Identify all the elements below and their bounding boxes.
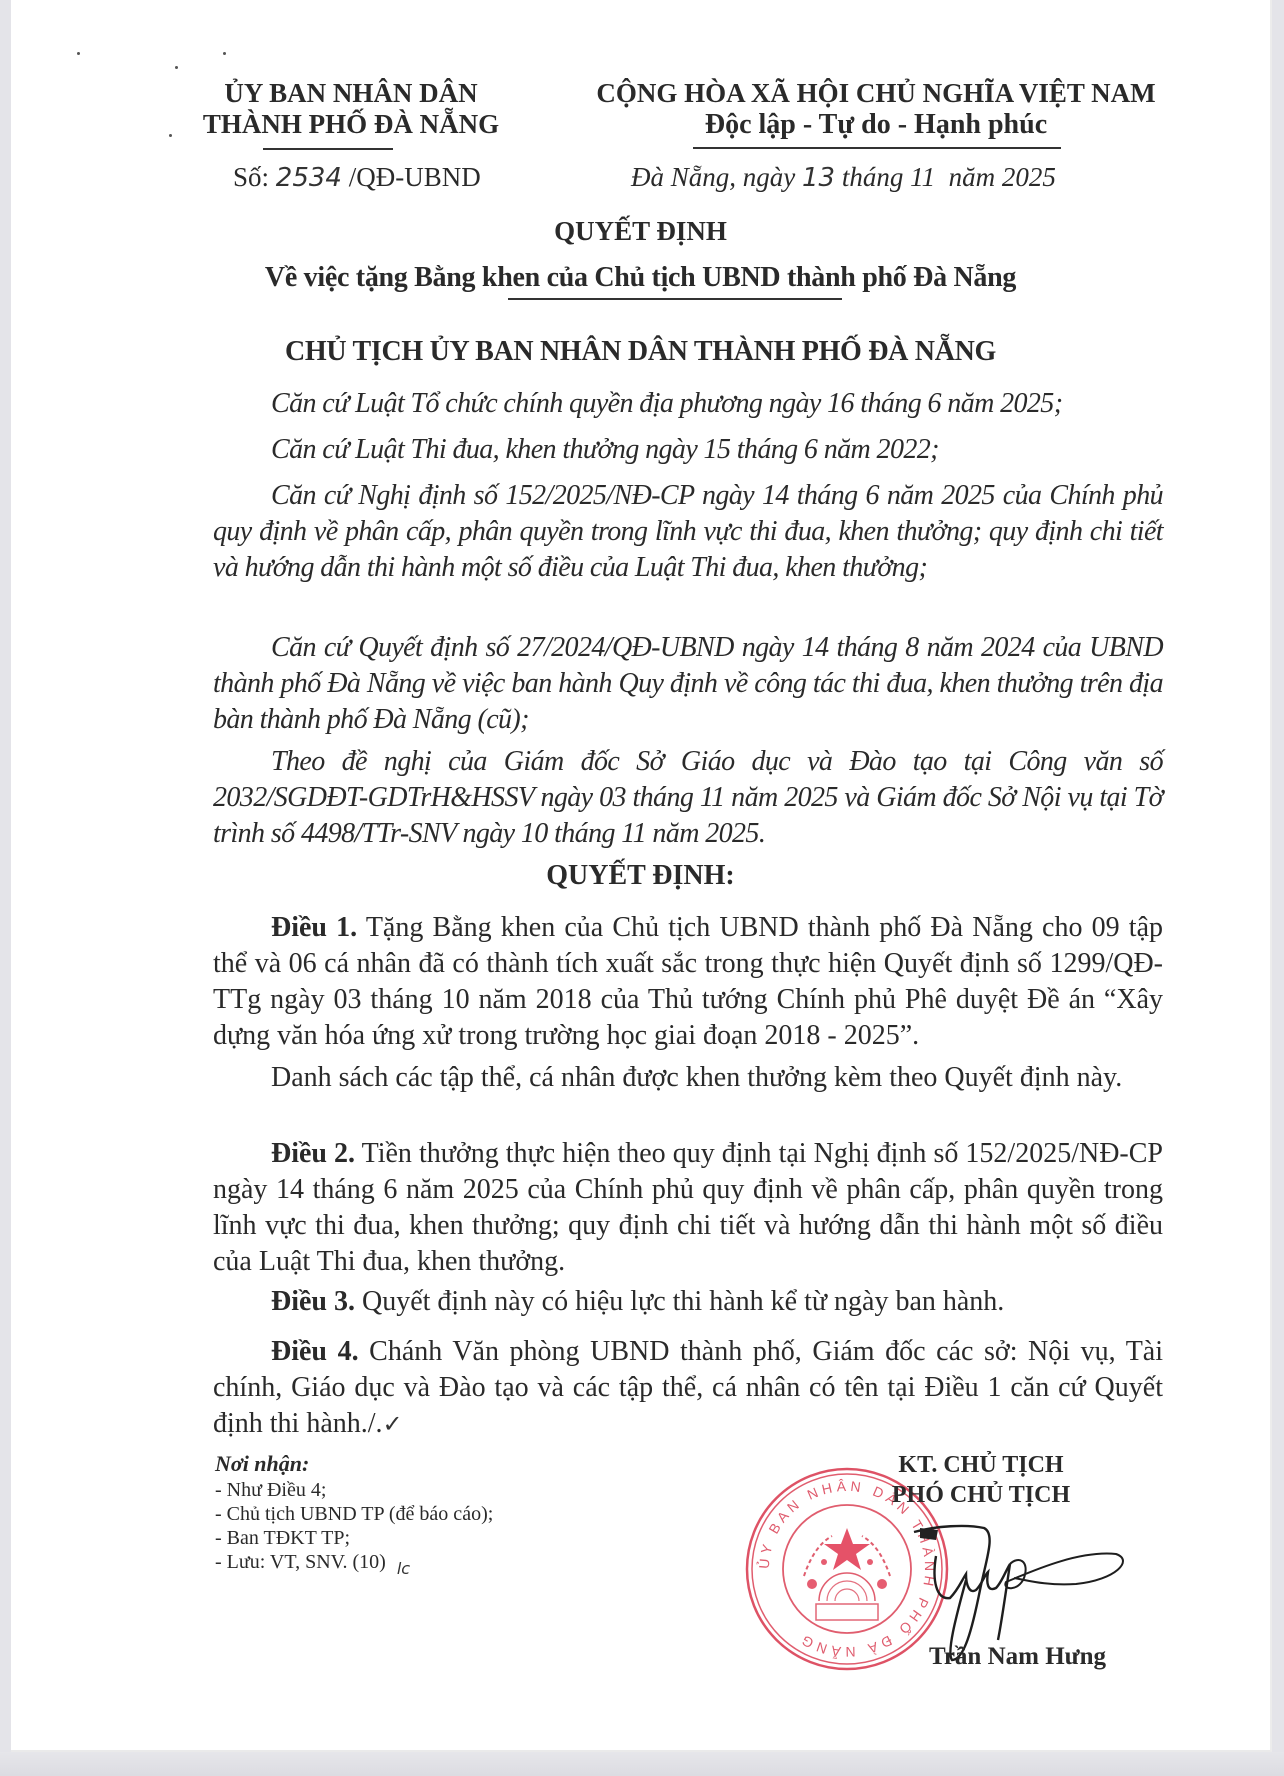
legal-basis: Căn cứ Nghị định số 152/2025/NĐ-CP ngày …	[213, 478, 1163, 586]
article-2: Điều 2. Tiền thưởng thực hiện theo quy đ…	[213, 1136, 1163, 1280]
article-label: Điều 1.	[271, 912, 357, 943]
legal-basis: Căn cứ Luật Tổ chức chính quyền địa phươ…	[213, 386, 1163, 422]
viewer-background	[0, 1752, 1284, 1776]
recipient-archive: - Lưu: VT, SNV. (10)	[215, 1551, 386, 1573]
signatory-line-2: PHÓ CHỦ TỊCH	[831, 1480, 1131, 1510]
recipient-item: - Như Điều 4;	[215, 1478, 615, 1502]
article-4: Điều 4. Chánh Văn phòng UBND thành phố, …	[213, 1334, 1163, 1442]
authority-heading: CHỦ TỊCH ỦY BAN NHÂN DÂN THÀNH PHỐ ĐÀ NẴ…	[11, 334, 1270, 370]
motto-underline	[693, 147, 1061, 149]
national-motto: Độc lập - Tự do - Hạnh phúc	[566, 109, 1186, 140]
scan-speck	[77, 52, 80, 55]
recipient-item: - Chủ tịch UBND TP (để báo cáo);	[215, 1502, 615, 1526]
article-label: Điều 2.	[271, 1138, 355, 1169]
authority-line-1: ỦY BAN NHÂN DÂN	[201, 78, 501, 109]
date-prefix: Đà Nẵng, ngày	[631, 162, 795, 192]
authority-underline	[263, 148, 393, 150]
article-label: Điều 3.	[271, 1286, 355, 1317]
date-suffix: tháng 11 năm 2025	[842, 162, 1056, 192]
legal-basis: Theo đề nghị của Giám đốc Sở Giáo dục và…	[213, 744, 1163, 852]
signatory-title: KT. CHỦ TỊCH PHÓ CHỦ TỊCH	[831, 1450, 1131, 1510]
recipient-item: - Lưu: VT, SNV. (10) lc	[215, 1550, 615, 1575]
document-number: Số: 2534 /QĐ-UBND	[233, 160, 481, 195]
scan-speck	[175, 66, 178, 69]
article-1-list-note: Danh sách các tập thể, cá nhân được khen…	[213, 1060, 1163, 1096]
document-page: ỦY BAN NHÂN DÂN THÀNH PHỐ ĐÀ NẴNG Số: 25…	[11, 0, 1272, 1752]
scan-speck	[169, 134, 172, 137]
article-text: Tiền thưởng thực hiện theo quy định tại …	[213, 1138, 1163, 1277]
legal-basis: Căn cứ Luật Thi đua, khen thưởng ngày 15…	[213, 432, 1163, 468]
article-text: Danh sách các tập thể, cá nhân được khen…	[271, 1062, 1122, 1093]
national-name: CỘNG HÒA XÃ HỘI CHỦ NGHĨA VIỆT NAM	[566, 78, 1186, 109]
handwritten-day: 13	[802, 163, 835, 193]
handwritten-number: 2534	[276, 163, 342, 193]
number-prefix: Số:	[233, 162, 269, 192]
handwritten-initials: lc	[397, 1559, 410, 1578]
article-text: Quyết định này có hiệu lực thi hành kể t…	[355, 1286, 1004, 1317]
legal-basis: Căn cứ Quyết định số 27/2024/QĐ-UBND ngà…	[213, 630, 1163, 738]
issue-date: Đà Nẵng, ngày 13 tháng 11 năm 2025	[631, 160, 1056, 195]
signatory-line-1: KT. CHỦ TỊCH	[831, 1450, 1131, 1480]
recipients-block: Nơi nhận: - Như Điều 4; - Chủ tịch UBND …	[215, 1450, 615, 1575]
handwritten-check-icon: ✓	[383, 1410, 403, 1438]
document-subject: Về việc tặng Bằng khen của Chủ tịch UBND…	[11, 260, 1270, 296]
scan-speck	[223, 52, 226, 55]
signatory-name: Trần Nam Hưng	[929, 1642, 1106, 1672]
subject-underline	[508, 298, 842, 300]
recipients-heading: Nơi nhận:	[215, 1450, 615, 1478]
article-label: Điều 4.	[271, 1336, 359, 1367]
document-type-title: QUYẾT ĐỊNH	[11, 214, 1270, 248]
article-3: Điều 3. Quyết định này có hiệu lực thi h…	[213, 1284, 1163, 1320]
issuing-authority: ỦY BAN NHÂN DÂN THÀNH PHỐ ĐÀ NẴNG	[201, 78, 501, 140]
authority-line-2: THÀNH PHỐ ĐÀ NẴNG	[201, 109, 501, 140]
decision-heading: QUYẾT ĐỊNH:	[11, 858, 1270, 894]
article-1: Điều 1. Tặng Bằng khen của Chủ tịch UBND…	[213, 910, 1163, 1054]
recipient-item: - Ban TĐKT TP;	[215, 1526, 615, 1550]
national-title: CỘNG HÒA XÃ HỘI CHỦ NGHĨA VIỆT NAM Độc l…	[566, 78, 1186, 140]
number-suffix: /QĐ-UBND	[349, 162, 481, 192]
